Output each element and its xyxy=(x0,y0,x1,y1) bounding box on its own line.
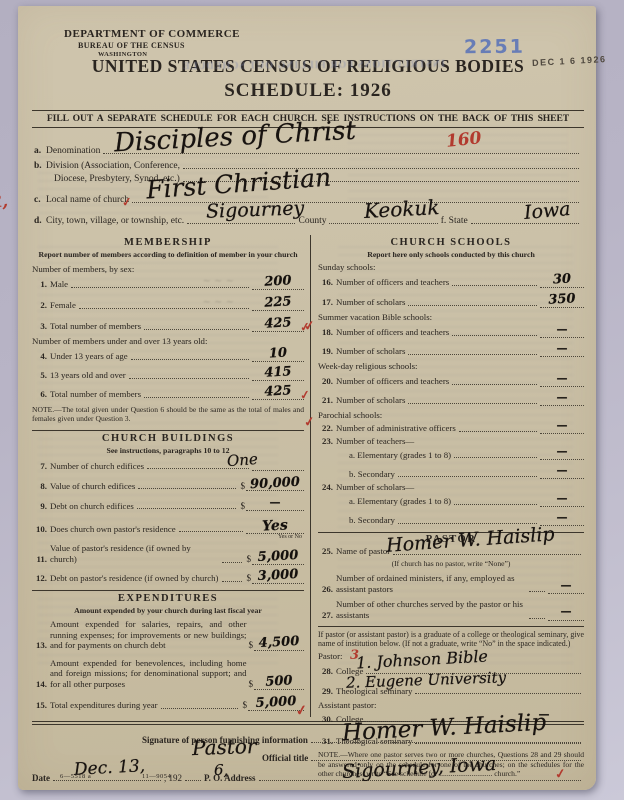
dollar-sign: $ xyxy=(241,481,246,492)
dotted-leader xyxy=(408,394,537,404)
q12-row: 12. Debt on pastor's residence (if owned… xyxy=(32,572,304,584)
form-columns: MEMBERSHIP Report number of members acco… xyxy=(32,235,584,717)
left-column: MEMBERSHIP Report number of members acco… xyxy=(32,235,310,717)
handwritten-value: 200 xyxy=(252,273,305,291)
dotted-leader xyxy=(452,326,537,336)
question-label: Total number of members xyxy=(50,321,141,332)
buildings-title: CHURCH BUILDINGS xyxy=(32,433,304,444)
bureau-place: WASHINGTON xyxy=(98,51,240,59)
dollar-sign: $ xyxy=(243,700,248,711)
question-label: Number of officers and teachers xyxy=(336,327,449,338)
section-divider xyxy=(318,626,584,627)
answer-slot: — xyxy=(540,394,584,406)
dotted-leader xyxy=(129,369,249,379)
field-local-name: c. Local name of church First Christian … xyxy=(34,193,582,205)
blank-dash: — xyxy=(540,464,584,477)
q26-row: 26. Number of ordained ministers, if any… xyxy=(318,573,584,594)
buildings-subtitle: See instructions, paragraphs 10 to 12 xyxy=(32,446,304,456)
question-number: 6. xyxy=(32,389,47,400)
question-number: 20. xyxy=(318,376,333,387)
dollar-sign: $ xyxy=(247,573,252,584)
answer-slot: — xyxy=(540,422,584,434)
handwritten-value: 5,000 xyxy=(252,548,305,566)
dotted-leader xyxy=(529,582,545,592)
question-number: 26. xyxy=(318,584,333,595)
answer-slot: 10 xyxy=(252,350,304,362)
membership-title: MEMBERSHIP xyxy=(32,237,304,248)
handwritten-value: 425 xyxy=(252,315,305,333)
field-label: Denomination xyxy=(46,146,100,156)
dotted-leader xyxy=(408,345,537,355)
dotted-leader xyxy=(144,388,249,398)
group-heading: Number of members, by sex: xyxy=(32,264,304,274)
question-number: 1. xyxy=(32,279,47,290)
q14-row: 14. Amount expended for benevolences, in… xyxy=(32,658,304,690)
field-letter: b. xyxy=(34,161,46,171)
dotted-leader xyxy=(137,499,236,509)
question-label: Number of ordained ministers, if any, em… xyxy=(336,573,526,594)
handwritten-value: 10 xyxy=(252,345,305,363)
dotted-leader xyxy=(185,771,201,781)
question-number: 15. xyxy=(32,700,47,711)
q20-row: 20. Number of officers and teachers — xyxy=(318,375,584,387)
red-checkmark-icon: ✓ xyxy=(554,766,567,784)
mirrored-showthrough-text: INSTRUCTIONS FOR FILLING OUT SCHEDULE xyxy=(182,59,445,72)
answer-slot: 225 xyxy=(252,299,304,311)
q27-row: 27. Number of other churches served by t… xyxy=(318,599,584,620)
answer-slot: — xyxy=(246,499,304,511)
handwritten-official-title: Pastor xyxy=(192,734,257,760)
q4-row: 4. Under 13 years of age 10 xyxy=(32,350,304,362)
q10-row: 10. Does church own pastor's residence Y… xyxy=(32,522,304,534)
red-checkmark-icon: ✓ xyxy=(303,317,316,334)
question-label: Number of officers and teachers xyxy=(336,277,449,288)
dollar-sign: $ xyxy=(249,640,254,651)
expenditures-title: EXPENDITURES xyxy=(32,593,304,604)
pastor-hint: (If church has no pastor, write “None”) xyxy=(318,559,584,568)
question-label: 13 years old and over xyxy=(50,370,126,381)
q21-row: 21. Number of scholars — xyxy=(318,394,584,406)
sub-label: a. Elementary (grades 1 to 8) xyxy=(349,450,451,461)
handwritten-value: 90,000 xyxy=(246,474,305,493)
question-number: 18. xyxy=(318,327,333,338)
q9-row: 9. Debt on church edifices $ — xyxy=(32,499,304,511)
blank-dash: — xyxy=(540,372,584,385)
group-label: Parochial schools: xyxy=(318,410,382,420)
answer-slot: — xyxy=(540,345,584,357)
question-number: 11. xyxy=(32,554,47,565)
question-number: 25. xyxy=(318,546,333,557)
po-address-label: P. O. Address xyxy=(204,773,256,783)
handwritten-value: Yes xyxy=(246,516,305,536)
q16-row: 16. Number of officers and teachers 30 xyxy=(318,276,584,288)
print-code: 11—9054 xyxy=(142,773,171,780)
bureau-name: BUREAU OF THE CENSUS xyxy=(78,41,240,51)
question-number: 2. xyxy=(32,300,47,311)
serial-number-stamp: 2251 xyxy=(464,36,525,59)
handwritten-year-digit: 6, xyxy=(214,761,228,779)
q6-row: 6. Total number of members 425 ✓ xyxy=(32,388,304,400)
q1-row: 1. Male ~ ~ ~ 200 xyxy=(32,278,304,290)
dotted-leader xyxy=(222,553,242,563)
question-number: 12. xyxy=(32,573,47,584)
dotted-leader xyxy=(398,514,537,524)
field-label: City, town, village, or township, etc. xyxy=(46,216,184,226)
group-label: Pastor: xyxy=(318,651,342,661)
q2-row: 2. Female ~ ~ ~ 225 xyxy=(32,299,304,311)
blank-dash: — xyxy=(540,323,584,336)
handwritten-state: Iowa xyxy=(523,198,571,224)
dotted-leader xyxy=(131,350,249,360)
answer-slot: — xyxy=(548,582,584,594)
section-divider xyxy=(32,590,304,591)
question-number: 28. xyxy=(318,666,333,677)
answer-slot: 90,000 xyxy=(246,479,304,491)
question-number: 23. xyxy=(318,436,333,447)
graduate-instructions: If pastor (or assistant pastor) is a gra… xyxy=(318,630,584,650)
sub-label: b. Secondary xyxy=(349,515,395,526)
handwritten-value: 225 xyxy=(252,294,305,312)
section-divider xyxy=(32,430,304,431)
question-number: 7. xyxy=(32,461,47,472)
question-label: Number of scholars— xyxy=(336,482,414,493)
blank-dash: — xyxy=(246,496,304,509)
question-label: Number of officers and teachers xyxy=(336,376,449,387)
date-label: Date xyxy=(32,773,50,783)
question-label: Value of pastor's residence (if owned by… xyxy=(50,543,219,564)
blank-dash: — xyxy=(540,342,584,355)
answer-slot: 425 xyxy=(252,320,304,332)
field-label: Local name of church xyxy=(46,195,129,205)
field-letter: a. xyxy=(34,146,46,156)
question-label: Female xyxy=(50,300,76,311)
dollar-sign: $ xyxy=(241,501,246,512)
question-number: 5. xyxy=(32,370,47,381)
q23a-row: a. Elementary (grades 1 to 8) — xyxy=(318,448,584,460)
question-label: Number of church edifices xyxy=(50,461,144,472)
q11-row: 11. Value of pastor's residence (if owne… xyxy=(32,543,304,564)
red-checkmark-icon: ✓ xyxy=(303,413,316,430)
schools-title: CHURCH SCHOOLS xyxy=(318,237,584,248)
handwritten-value: One xyxy=(227,450,259,470)
question-number: 13. xyxy=(32,640,47,651)
question-number: 4. xyxy=(32,351,47,362)
weekday-schools-heading: Week-day religious schools: xyxy=(318,361,584,371)
sub-label: a. Elementary (grades 1 to 8) xyxy=(349,496,451,507)
answer-slot: 30 xyxy=(540,276,584,288)
question-label: Number of teachers— xyxy=(336,436,414,447)
blank-dash: — xyxy=(548,605,584,618)
dotted-leader xyxy=(183,159,579,169)
field-denomination: a. Denomination Disciples of Christ 160 xyxy=(34,144,582,156)
official-title-label: Official title xyxy=(262,753,308,763)
right-column: CHURCH SCHOOLS Report here only schools … xyxy=(310,235,584,717)
answer-slot: 200 xyxy=(252,278,304,290)
question-number: 19. xyxy=(318,346,333,357)
dotted-leader xyxy=(161,699,238,709)
dotted-leader xyxy=(222,572,242,582)
yes-or-no-hint: Yes or No xyxy=(278,534,302,541)
answer-slot: Yes Yes or No xyxy=(246,522,304,534)
red-checkmark-icon: ✓ xyxy=(299,388,311,404)
q15-row: 15. Total expenditures during year $ 5,0… xyxy=(32,699,304,711)
form-content: DEPARTMENT OF COMMERCE BUREAU OF THE CEN… xyxy=(32,20,584,782)
dotted-leader xyxy=(454,495,537,505)
handwritten-date: Dec. 13, xyxy=(74,756,146,780)
answer-slot xyxy=(252,459,304,471)
dotted-leader xyxy=(459,422,537,432)
answer-slot: — xyxy=(540,448,584,460)
question-number: 17. xyxy=(318,297,333,308)
question-label: Total number of members xyxy=(50,389,141,400)
question-label: Name of pastor xyxy=(336,546,390,557)
state-label: f. State xyxy=(441,216,468,226)
blank-dash: — xyxy=(540,445,584,458)
question-number: 8. xyxy=(32,481,47,492)
question-label: Debt on church edifices xyxy=(50,501,134,512)
dotted-leader xyxy=(138,479,235,489)
answer-slot: — xyxy=(548,609,584,621)
expenditures-subtitle: Amount expended by your church during la… xyxy=(32,606,304,616)
question-number: 21. xyxy=(318,395,333,406)
q25-row: 25. Name of pastor Homer W. Haislip xyxy=(318,545,584,557)
answer-slot: 4,500 xyxy=(254,639,304,651)
agency-block: DEPARTMENT OF COMMERCE BUREAU OF THE CEN… xyxy=(64,28,240,59)
question-label: Number of administrative officers xyxy=(336,423,456,434)
field-city-county-state: d. City, town, village, or township, etc… xyxy=(34,214,582,226)
question-label: Debt on pastor's residence (if owned by … xyxy=(50,573,219,584)
question-number: 10. xyxy=(32,524,47,535)
answer-slot: 350 xyxy=(540,296,584,308)
handwritten-city: Sigourney xyxy=(206,197,305,222)
q13-row: 13. Amount expended for salaries, repair… xyxy=(32,619,304,651)
question-number: 29. xyxy=(318,686,333,697)
question-number: 16. xyxy=(318,277,333,288)
dotted-leader xyxy=(408,296,537,306)
answer-slot: 500 xyxy=(254,678,304,690)
question-number: 30. xyxy=(318,714,333,725)
question-label: Number of scholars xyxy=(336,297,405,308)
blank-dash: — xyxy=(548,579,584,592)
signature-row: Signature of person furnishing informati… xyxy=(32,733,584,745)
question-label: Number of scholars xyxy=(336,395,405,406)
margin-mark: R, xyxy=(0,191,9,212)
question-label: Does church own pastor's residence xyxy=(50,524,176,535)
answer-slot: — xyxy=(540,375,584,387)
question-label: Value of church edifices xyxy=(50,481,135,492)
handwritten-code: 160 xyxy=(445,128,482,152)
summer-schools-heading: Summer vacation Bible schools: ✓ xyxy=(318,312,584,322)
field-letter: c. xyxy=(34,195,46,205)
schools-subtitle: Report here only schools conducted by th… xyxy=(318,250,584,260)
department-name: DEPARTMENT OF COMMERCE xyxy=(64,28,240,41)
question-label: Number of other churches served by the p… xyxy=(336,599,526,620)
dotted-leader xyxy=(398,467,537,477)
q23b-row: b. Secondary — xyxy=(318,467,584,479)
field-letter: d. xyxy=(34,216,46,226)
faint-pencil-mark: ~ ~ ~ xyxy=(203,297,235,309)
handwritten-value: 350 xyxy=(540,291,585,309)
sunday-schools-heading: Sunday schools: xyxy=(318,262,584,272)
question-number: 14. xyxy=(32,679,47,690)
q5-row: 5. 13 years old and over 415 xyxy=(32,369,304,381)
dotted-leader xyxy=(144,320,249,330)
question-number: 22. xyxy=(318,423,333,434)
handwritten-value: 500 xyxy=(254,673,305,691)
question-label: Total expenditures during year xyxy=(50,700,158,711)
question-label: Male xyxy=(50,279,68,290)
census-form-paper: R, DEPARTMENT OF COMMERCE BUREAU OF THE … xyxy=(18,6,596,790)
handwritten-value: 415 xyxy=(252,364,305,382)
question-number: 24. xyxy=(318,482,333,493)
group-heading: Number of members under and over 13 year… xyxy=(32,336,304,346)
group-label: Summer vacation Bible schools: xyxy=(318,312,432,322)
q22-row: 22. Number of administrative officers — xyxy=(318,422,584,434)
q29-row: 29. Theological seminary 2. Eugene Unive… xyxy=(318,684,584,696)
blank-dash: — xyxy=(540,419,584,432)
membership-subtitle: Report number of members according to de… xyxy=(32,250,304,260)
question-number: 27. xyxy=(318,610,333,621)
q17-row: 17. Number of scholars 350 xyxy=(318,296,584,308)
answer-slot: — xyxy=(540,495,584,507)
q8-row: 8. Value of church edifices $ 90,000 xyxy=(32,479,304,491)
answer-slot: 3,000 xyxy=(252,572,304,584)
blank-dash: — xyxy=(540,391,584,404)
form-schedule-title: SCHEDULE: 1926 xyxy=(32,80,584,102)
handwritten-county: Keokuk xyxy=(363,195,440,223)
handwritten-value: 30 xyxy=(540,271,585,289)
answer-slot: 415 xyxy=(252,369,304,381)
blank-dash: — xyxy=(540,492,584,505)
answer-slot: — xyxy=(540,467,584,479)
dotted-leader xyxy=(454,448,537,458)
answer-slot: 5,000 xyxy=(252,553,304,565)
date-address-row: Date Dec. 13, , 192 6, P. O. Address Sig… xyxy=(32,771,584,783)
question-number: 9. xyxy=(32,501,47,512)
membership-note: NOTE.—The total given under Question 6 s… xyxy=(32,405,304,424)
red-checkmark-icon: ✓ xyxy=(295,703,309,721)
question-label: Amount expended for benevolences, includ… xyxy=(50,658,247,690)
question-label: Under 13 years of age xyxy=(50,351,128,362)
handwritten-value: 4,500 xyxy=(254,634,305,652)
handwritten-value: 425 xyxy=(252,383,305,401)
question-number: 3. xyxy=(32,321,47,332)
dotted-leader xyxy=(529,609,545,619)
blank-dash: — xyxy=(540,511,584,524)
dollar-sign: $ xyxy=(249,679,254,690)
question-label: Amount expended for salaries, repairs, a… xyxy=(50,619,247,651)
dotted-leader xyxy=(452,375,537,385)
handwritten-value: 3,000 xyxy=(252,567,305,585)
answer-slot: — xyxy=(540,326,584,338)
question-label: Number of scholars xyxy=(336,346,405,357)
sub-label: b. Secondary xyxy=(349,469,395,480)
q19-row: 19. Number of scholars — xyxy=(318,345,584,357)
dollar-sign: $ xyxy=(247,554,252,565)
q18-row: 18. Number of officers and teachers — xyxy=(318,326,584,338)
field-label: Division (Association, Conference, xyxy=(46,161,180,171)
dotted-leader xyxy=(452,276,537,286)
dotted-leader xyxy=(179,522,243,532)
q3-row: 3. Total number of members 425 ✓ xyxy=(32,320,304,332)
q7-row: 7. Number of church edifices One xyxy=(32,459,304,471)
answer-slot: 425 xyxy=(252,388,304,400)
faint-pencil-mark: ~ ~ ~ xyxy=(203,276,235,288)
red-checkmark-icon: ✓ xyxy=(121,194,133,210)
q24a-row: a. Elementary (grades 1 to 8) — xyxy=(318,495,584,507)
